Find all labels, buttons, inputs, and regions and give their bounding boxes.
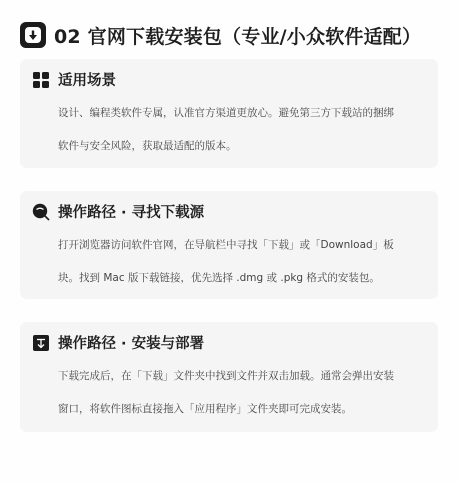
- card-header: 适用场景: [32, 69, 116, 90]
- card-title: 操作路径 · 寻找下载源: [58, 201, 204, 222]
- description-line: 设计、编程类软件专属，认准官方渠道更放心。避免第三方下载站的捆绑: [58, 97, 428, 130]
- card-title: 适用场景: [58, 69, 116, 90]
- card-title: 操作路径 · 安装与部署: [58, 332, 204, 353]
- card-description: 下载完成后，在「下载」文件夹中找到文件并双击加载。通常会弹出安装 窗口，将软件图…: [58, 360, 428, 426]
- description-line: 软件与安全风险，获取最适配的版本。: [58, 130, 428, 163]
- install-download-icon: [32, 334, 50, 352]
- card-install: 操作路径 · 安装与部署 下载完成后，在「下载」文件夹中找到文件并双击加载。通常…: [20, 322, 438, 432]
- card-find-source: 操作路径 · 寻找下载源 打开浏览器访问软件官网，在导航栏中寻找「下载」或「Do…: [20, 191, 438, 299]
- card-header: 操作路径 · 寻找下载源: [32, 201, 204, 222]
- description-line: 打开浏览器访问软件官网，在导航栏中寻找「下载」或「Download」板: [58, 229, 428, 262]
- description-line: 块。找到 Mac 版下载链接，优先选择 .dmg 或 .pkg 格式的安装包。: [58, 262, 428, 295]
- card-header: 操作路径 · 安装与部署: [32, 332, 204, 353]
- card-use-case: 适用场景 设计、编程类软件专属，认准官方渠道更放心。避免第三方下载站的捆绑 软件…: [20, 59, 438, 168]
- card-description: 设计、编程类软件专属，认准官方渠道更放心。避免第三方下载站的捆绑 软件与安全风险…: [58, 97, 428, 163]
- grid-apps-icon: [32, 71, 50, 89]
- card-description: 打开浏览器访问软件官网，在导航栏中寻找「下载」或「Download」板 块。找到…: [58, 229, 428, 295]
- search-icon: [32, 203, 50, 221]
- section-header: 02 官网下载安装包（专业/小众软件适配）: [20, 21, 421, 49]
- download-box-icon: [20, 22, 46, 48]
- description-line: 窗口，将软件图标直接拖入「应用程序」文件夹即可完成安装。: [58, 393, 428, 426]
- description-line: 下载完成后，在「下载」文件夹中找到文件并双击加载。通常会弹出安装: [58, 360, 428, 393]
- section-title: 02 官网下载安装包（专业/小众软件适配）: [54, 22, 421, 49]
